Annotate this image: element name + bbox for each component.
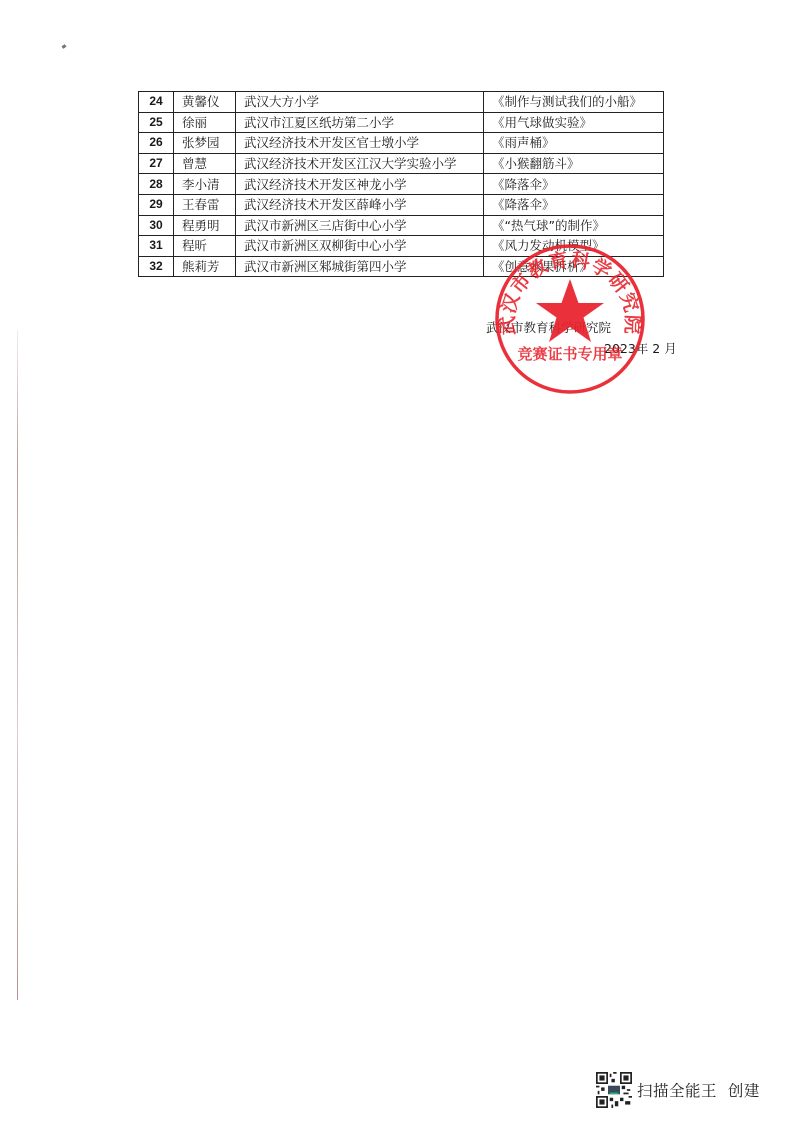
cell-number: 28 xyxy=(139,174,174,195)
cell-title: 《降落伞》 xyxy=(484,174,664,195)
cell-school: 武汉市新洲区双柳街中心小学 xyxy=(236,236,484,257)
signature-organization: 武汉市教育科学研究院 xyxy=(486,318,611,336)
cell-title: 《风力发动机模型》 xyxy=(484,236,664,257)
cell-title: 《降落伞》 xyxy=(484,194,664,215)
cell-number: 24 xyxy=(139,92,174,113)
cell-school: 武汉大方小学 xyxy=(236,92,484,113)
scan-artifact-mark xyxy=(62,44,67,49)
table-row: 28李小清武汉经济技术开发区神龙小学《降落伞》 xyxy=(139,174,664,195)
cell-number: 31 xyxy=(139,236,174,257)
table-row: 30程勇明武汉市新洲区三店街中心小学《“热气球”的制作》 xyxy=(139,215,664,236)
table-row: 32熊莉芳武汉市新洲区邾城街第四小学《创意水果拆析》 xyxy=(139,256,664,277)
table-row: 26张梦园武汉经济技术开发区官士墩小学《雨声桶》 xyxy=(139,133,664,154)
cell-school: 武汉经济技术开发区神龙小学 xyxy=(236,174,484,195)
cell-title: 《制作与测试我们的小船》 xyxy=(484,92,664,113)
cell-name: 黄馨仪 xyxy=(174,92,236,113)
table-row: 29王春雷武汉经济技术开发区薛峰小学《降落伞》 xyxy=(139,194,664,215)
cell-number: 27 xyxy=(139,153,174,174)
cell-number: 25 xyxy=(139,112,174,133)
cell-school: 武汉市新洲区三店街中心小学 xyxy=(236,215,484,236)
cell-number: 29 xyxy=(139,194,174,215)
cell-number: 32 xyxy=(139,256,174,277)
cell-name: 王春雷 xyxy=(174,194,236,215)
cell-school: 武汉市新洲区邾城街第四小学 xyxy=(236,256,484,277)
cell-school: 武汉经济技术开发区江汉大学实验小学 xyxy=(236,153,484,174)
cell-name: 张梦园 xyxy=(174,133,236,154)
table-row: 27曾慧武汉经济技术开发区江汉大学实验小学《小猴翻筋斗》 xyxy=(139,153,664,174)
scan-artifact-line xyxy=(17,330,18,1000)
table-row: 25徐丽武汉市江夏区纸坊第二小学《用气球做实验》 xyxy=(139,112,664,133)
awards-table: 24黄馨仪武汉大方小学《制作与测试我们的小船》25徐丽武汉市江夏区纸坊第二小学《… xyxy=(138,91,664,277)
cell-title: 《创意水果拆析》 xyxy=(484,256,664,277)
table-row: 24黄馨仪武汉大方小学《制作与测试我们的小船》 xyxy=(139,92,664,113)
cell-title: 《雨声桶》 xyxy=(484,133,664,154)
cell-school: 武汉市江夏区纸坊第二小学 xyxy=(236,112,484,133)
cell-name: 程勇明 xyxy=(174,215,236,236)
cell-school: 武汉经济技术开发区官士墩小学 xyxy=(236,133,484,154)
cell-number: 30 xyxy=(139,215,174,236)
cell-name: 程昕 xyxy=(174,236,236,257)
cell-title: 《用气球做实验》 xyxy=(484,112,664,133)
cell-name: 熊莉芳 xyxy=(174,256,236,277)
cell-school: 武汉经济技术开发区薛峰小学 xyxy=(236,194,484,215)
signature-date: 2023年 2 月 xyxy=(604,339,677,357)
table-row: 31程昕武汉市新洲区双柳街中心小学《风力发动机模型》 xyxy=(139,236,664,257)
cell-number: 26 xyxy=(139,133,174,154)
cell-name: 曾慧 xyxy=(174,153,236,174)
cell-title: 《小猴翻筋斗》 xyxy=(484,153,664,174)
qr-code-icon xyxy=(596,1072,632,1108)
cell-name: 李小清 xyxy=(174,174,236,195)
cell-name: 徐丽 xyxy=(174,112,236,133)
cell-title: 《“热气球”的制作》 xyxy=(484,215,664,236)
watermark-text: 扫描全能王 创建 xyxy=(637,1079,760,1101)
scanner-watermark: 扫描全能王 创建 xyxy=(596,1072,760,1108)
